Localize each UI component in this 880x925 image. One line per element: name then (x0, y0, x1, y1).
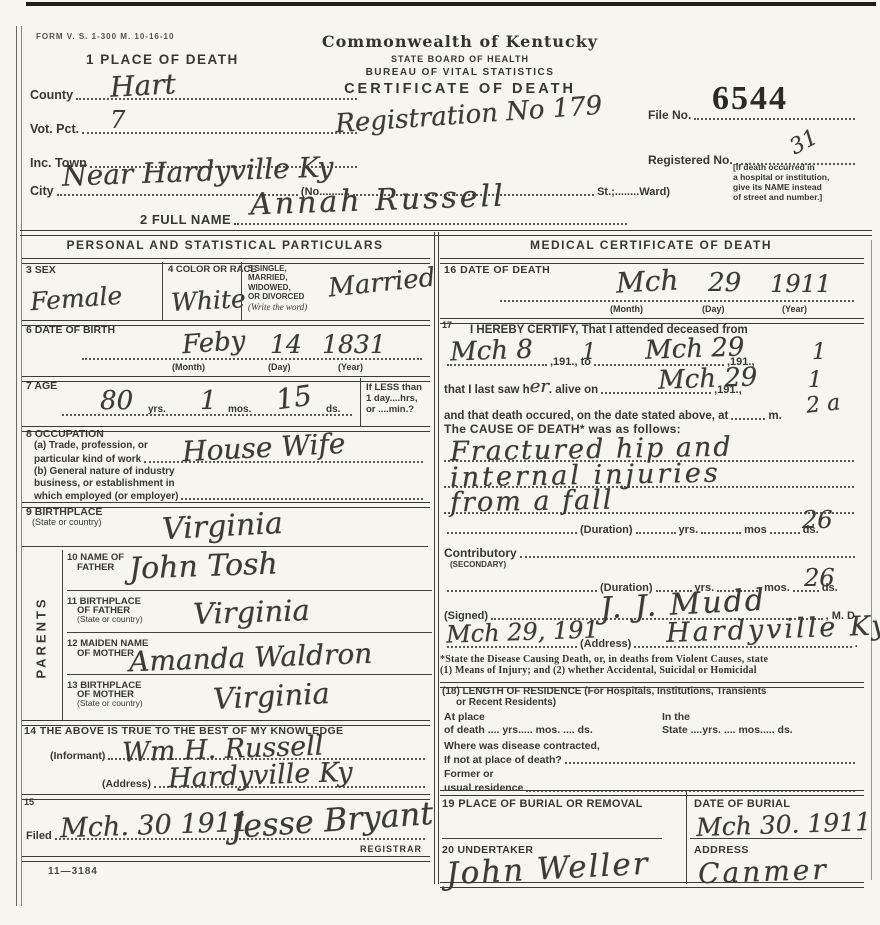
mother-maiden-value: Amanda Waldron (129, 640, 373, 676)
occupation-line-b3-row: which employed (or employer) (34, 489, 426, 502)
certify-section: 17 I HEREBY CERTIFY, That I attended dec… (440, 320, 868, 420)
marital-label-line: WIDOWED, (248, 283, 307, 292)
certify-printed-year-1: ,191 (550, 356, 571, 368)
dob-month-value: Feby (181, 328, 246, 358)
filed-section: 15 Filed Mch. 30 1911 Jesse Bryant REGIS… (22, 796, 432, 858)
date-of-death-section: 16 DATE OF DEATH Mch 29 1911 (Month) (Da… (440, 260, 868, 318)
certify-line3-prefix: that I last saw h (444, 384, 530, 396)
medical-title: MEDICAL CERTIFICATE OF DEATH (440, 238, 862, 252)
birthplace-value: Virginia (161, 509, 283, 545)
occupation-line-b1: (b) General nature of industry (34, 466, 175, 477)
certify-year-digit-2: 1 (812, 342, 826, 364)
full-name-label: 2 FULL NAME (140, 212, 231, 227)
dob-day-value: 14 (270, 332, 302, 357)
contributory-ds-value: 26 (804, 566, 835, 590)
cause-duration-leader-a (447, 530, 577, 534)
residence-contracted-leader (565, 760, 855, 764)
marital-label-line: 5 SINGLE, (248, 264, 307, 273)
city-st-ward-label: St.;........Ward) (597, 186, 670, 198)
mother-maiden-underline (67, 674, 432, 675)
contributory-section: Contributory (SECONDARY) (Duration) yrs.… (440, 542, 868, 654)
informant-label: (Informant) (50, 750, 105, 762)
cause-mos-label: mos (744, 524, 767, 536)
death-certificate-scan: FORM V. S. 1-300 M. 10-16-10 1 PLACE OF … (0, 0, 880, 925)
birthplace-section: 9 BIRTHPLACE (State or country) Virginia (22, 504, 432, 550)
informant-address-label: (Address) (102, 778, 151, 790)
hospital-note-line: [If death occurred in (733, 162, 873, 172)
hospital-note: [If death occurred in a hospital or inst… (733, 162, 873, 202)
burial-section: 19 PLACE OF BURIAL OR REMOVAL DATE OF BU… (440, 792, 868, 884)
county-line: County (30, 80, 360, 102)
certify-to-value: Mch 29 (645, 334, 745, 363)
city-label: City (30, 184, 54, 198)
residence-label-2: or Recent Residents) (456, 697, 556, 708)
hospital-note-line: of street and number.] (733, 192, 873, 202)
marital-label-line: MARRIED, (248, 273, 307, 282)
hospital-note-line: a hospital or institution, (733, 172, 873, 182)
age-less-divider (360, 378, 361, 426)
occupation-value: House Wife (181, 430, 346, 467)
dod-day-label: (Day) (702, 304, 725, 314)
sex-label: 3 SEX (26, 264, 56, 276)
file-no-value: 6544 (712, 80, 788, 118)
date-of-death-label: 16 DATE OF DEATH (444, 264, 550, 276)
age-less-note: If LESS than 1 day....hrs, or ....min.? (366, 382, 422, 416)
dob-day-label: (Day) (268, 362, 291, 372)
occupation-line-a1: (a) Trade, profession, or (34, 440, 148, 451)
place-of-death-heading: 1 PLACE OF DEATH (86, 52, 239, 67)
residence-label-1: (18) LENGTH OF RESIDENCE (For Hospitals,… (442, 686, 766, 697)
dod-year-label: (Year) (782, 304, 807, 314)
age-label: 7 AGE (26, 380, 57, 392)
column-divider (434, 232, 439, 884)
burial-left-underline (442, 838, 662, 839)
marital-hint: (Write the word) (248, 302, 307, 313)
certify-year-digit-3: 1 (808, 370, 822, 392)
father-name-row: 10 NAME OF FATHER John Tosh (63, 550, 432, 594)
dod-month-label: (Month) (610, 304, 643, 314)
father-name-label2: FATHER (77, 562, 114, 573)
medical-column: MEDICAL CERTIFICATE OF DEATH 16 DATE OF … (440, 232, 868, 884)
father-birthplace-row: 11 BIRTHPLACE OF FATHER (State or countr… (63, 594, 432, 636)
residence-former-1: Former or (444, 768, 494, 780)
age-ds-value: 15 (274, 382, 313, 415)
marital-value: Married (327, 264, 436, 301)
form-code: FORM V. S. 1-300 M. 10-16-10 (36, 32, 174, 41)
board-title: STATE BOARD OF HEALTH (320, 54, 600, 64)
signed-date-value: Mch 29, 191 (446, 617, 599, 646)
contributory-leader (520, 554, 855, 558)
marital-label: 5 SINGLE, MARRIED, WIDOWED, OR DIVORCED … (248, 264, 307, 312)
contributory-row: Contributory (444, 544, 858, 560)
burial-right-underline (690, 838, 862, 839)
full-name-value: Annah Russell (250, 182, 507, 221)
vot-pct-line: Vot. Pct. (30, 114, 360, 136)
dob-month-label: (Month) (172, 362, 205, 372)
undertaker-address-label: ADDRESS (694, 844, 749, 856)
occupation-label: 8 OCCUPATION (26, 428, 104, 440)
scan-top-edge (26, 2, 876, 6)
certify-hour-value: 2 a (805, 392, 841, 417)
father-bp-hint: (State or country) (77, 614, 143, 624)
certify-from-value: Mch 8 (450, 337, 534, 366)
file-no-label: File No. (648, 108, 691, 122)
age-leader (62, 414, 352, 416)
color-cell: 4 COLOR OR RACE White (163, 262, 241, 320)
parents-section: PARENTS 10 NAME OF FATHER John Tosh 11 B… (22, 550, 432, 720)
vot-pct-value: 7 (110, 108, 125, 132)
residence-in-the-2: State ....yrs. .... mos..... ds. (662, 724, 793, 736)
residence-in-the-1: In the (662, 711, 690, 723)
cause-duration-leader-d (770, 530, 800, 534)
bureau-title: BUREAU OF VITAL STATISTICS (320, 67, 600, 78)
certify-year-digit-1: 1 (582, 342, 596, 364)
burial-date-label: DATE OF BURIAL (694, 798, 790, 810)
footnote-line-1: *State the Disease Causing Death, or, in… (440, 654, 868, 665)
filed-rule (22, 856, 430, 862)
scan-right-border (871, 240, 872, 880)
mother-maiden-label2: OF MOTHER (77, 648, 134, 659)
occupation-b-leader (181, 496, 423, 500)
hospital-note-line: give its NAME instead (733, 182, 873, 192)
dob-year-label: (Year) (338, 362, 363, 372)
occupation-line-b2: business, or establishment in (34, 478, 175, 489)
age-section: 7 AGE 80 yrs. 1 mos. 15 ds. If LESS than… (22, 378, 432, 426)
dob-year-value: 1831 (322, 332, 386, 357)
cause-duration-row: (Duration) yrs. mos ds. (444, 518, 858, 536)
registrar-label: REGISTRAR (360, 844, 422, 854)
dob-label: 6 DATE OF BIRTH (26, 324, 115, 336)
burial-cell-divider (686, 792, 687, 884)
county-label: County (30, 88, 73, 102)
residence-at-place-2: of death .... yrs..... mos. .... ds. (444, 724, 593, 736)
cause-duration-leader-b (636, 530, 676, 534)
footnote-line-2: (1) Means of Injury; and (2) whether Acc… (440, 665, 868, 676)
personal-column: PERSONAL AND STATISTICAL PARTICULARS 3 S… (22, 232, 432, 858)
father-birthplace-value: Virginia (193, 596, 311, 629)
burial-date-value: Mch 30. 1911 (696, 809, 872, 840)
mother-birthplace-value: Virginia (212, 679, 330, 714)
birthplace-hint: (State or country) (32, 517, 102, 527)
filed-date-value: Mch. 30 1911 (60, 809, 250, 843)
age-less-line: If LESS than (366, 382, 422, 393)
certify-last-saw-value: Mch 29 (658, 364, 758, 393)
dod-day-value: 29 (708, 270, 741, 296)
signed-address-value: Hardyville Ky (666, 612, 880, 647)
mother-bp-hint: (State or country) (77, 698, 143, 708)
residence-contracted-row: If not at place of death? (444, 752, 858, 766)
certify-line3-mid: . alive on (549, 384, 598, 396)
cause-footnote: *State the Disease Causing Death, or, in… (440, 654, 868, 676)
filed-number: 15 (24, 797, 34, 807)
cause-yrs-label: yrs. (679, 524, 699, 536)
sex-value: Female (29, 283, 123, 314)
age-less-line: 1 day....hrs, (366, 393, 422, 404)
sex-cell: 3 SEX Female (22, 262, 162, 320)
birthplace-underline (22, 546, 428, 547)
dod-year-value: 1911 (770, 272, 831, 296)
cause-line-3: from a fall (450, 487, 614, 517)
contributory-label: Contributory (444, 546, 517, 560)
father-bp-underline (67, 632, 432, 633)
informant-address-value: Hardyville Ky (168, 759, 353, 792)
father-name-value: John Tosh (129, 549, 279, 584)
cause-section: The CAUSE OF DEATH* was as follows: Frac… (440, 420, 868, 542)
age-yrs-value: 80 (100, 388, 133, 414)
mother-maiden-row: 12 MAIDEN NAME OF MOTHER Amanda Waldron (63, 636, 432, 678)
certify-number: 17 (442, 320, 452, 330)
plate-number: 11—3184 (48, 866, 98, 877)
mother-birthplace-row: 13 BIRTHPLACE OF MOTHER (State or countr… (63, 678, 432, 720)
bottom-rule (440, 882, 864, 888)
commonwealth-title: Commonwealth of Kentucky (320, 32, 600, 51)
dob-section: 6 DATE OF BIRTH Feby 14 1831 (Month) (Da… (22, 322, 432, 376)
cause-ds-value: 26 (802, 508, 833, 532)
dod-leader (500, 300, 854, 302)
filed-label: Filed (26, 830, 52, 842)
father-name-underline (67, 590, 432, 591)
certify-line3-hw: er (530, 378, 549, 396)
residence-section: (18) LENGTH OF RESIDENCE (For Hospitals,… (440, 684, 868, 790)
masthead: Commonwealth of Kentucky STATE BOARD OF … (320, 32, 600, 97)
marital-cell: 5 SINGLE, MARRIED, WIDOWED, OR DIVORCED … (242, 262, 432, 320)
occupation-section: 8 OCCUPATION (a) Trade, profession, or p… (22, 428, 432, 502)
marital-label-line: OR DIVORCED (248, 292, 307, 301)
full-name-leader (234, 221, 627, 225)
cause-duration-label: (Duration) (580, 524, 633, 536)
parents-side-label: PARENTS (34, 573, 49, 703)
attestation-section: 14 THE ABOVE IS TRUE TO THE BEST OF MY K… (22, 722, 432, 794)
age-less-line: or ....min.? (366, 404, 422, 415)
residence-contracted-1: Where was disease contracted, (444, 740, 600, 752)
dod-month-value: Mch (615, 266, 679, 297)
cause-duration-leader-c (701, 530, 741, 534)
color-value: White (170, 286, 246, 315)
vot-pct-label: Vot. Pct. (30, 122, 79, 136)
contributory-secondary-label: (SECONDARY) (450, 560, 506, 569)
certify-line3: that I last saw h er . alive on ,191 ., (444, 378, 862, 396)
county-value: Hart (109, 70, 176, 101)
burial-place-label: 19 PLACE OF BURIAL OR REMOVAL (442, 798, 643, 810)
occupation-line-b3: which employed (or employer) (34, 491, 178, 502)
registration-note: Registration No 179 (334, 93, 603, 138)
residence-contracted-2: If not at place of death? (444, 754, 562, 766)
occupation-line-a2: particular kind of work (34, 454, 141, 465)
age-mos-value: 1 (200, 388, 217, 414)
contrib-mos-label: mos. (764, 582, 790, 594)
residence-at-place-1: At place (444, 711, 485, 723)
personal-title: PERSONAL AND STATISTICAL PARTICULARS (22, 238, 428, 252)
contrib-leader-a (447, 588, 597, 592)
registered-no-label: Registered No. (648, 153, 733, 167)
